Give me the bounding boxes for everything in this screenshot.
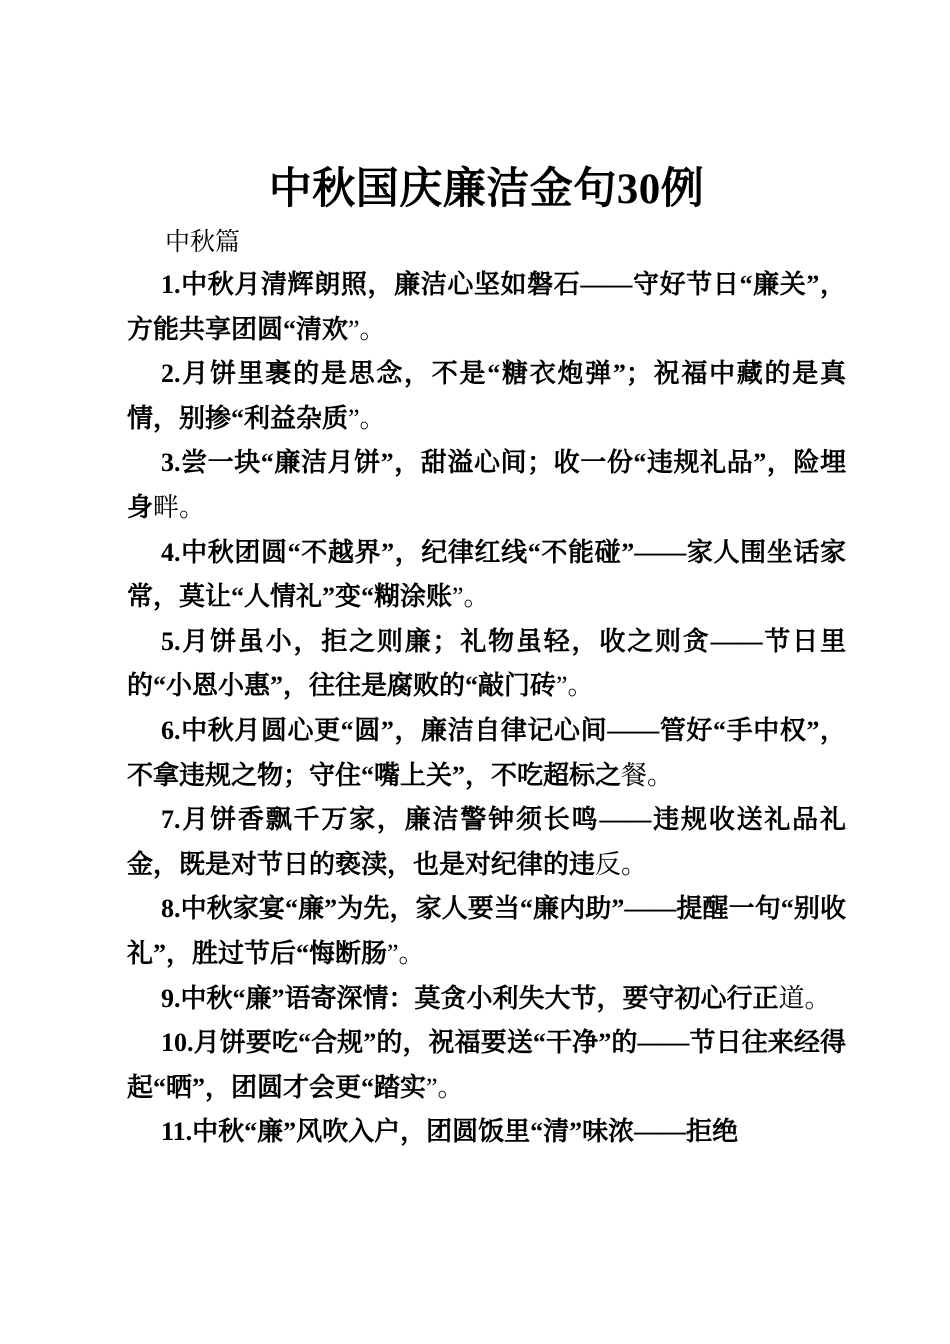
document-page: 中秋国庆廉洁金句30例 中秋篇 1.中秋月清辉朗照，廉洁心坚如磐石——守好节日“… — [0, 0, 950, 1344]
quote-tail-text: 反。 — [595, 850, 647, 879]
quote-text: 10.月饼要吃“合规”的，祝福要送“干净”的——节日往来经得起“晒”，团圆才会更… — [127, 1028, 846, 1102]
quote-item-4: 4.中秋团圆“不越界”，纪律红线“不能碰”——家人围坐话家常，莫让“人情礼”变“… — [127, 531, 846, 620]
page-title: 中秋国庆廉洁金句30例 — [127, 163, 846, 217]
quote-tail-text: ”。 — [348, 315, 386, 344]
quote-item-1: 1.中秋月清辉朗照，廉洁心坚如磐石——守好节日“廉关”，方能共享团圆“清欢”。 — [127, 263, 846, 352]
quote-item-6: 6.中秋月圆心更“圆”，廉洁自律记心间——管好“手中权”，不拿违规之物；守住“嘴… — [127, 709, 846, 798]
quote-item-7: 7.月饼香飘千万家，廉洁警钟须长鸣——违规收送礼品礼金，既是对节日的亵渎，也是对… — [127, 798, 846, 887]
quote-item-11: 11.中秋“廉”风吹入户，团圆饭里“清”味浓——拒绝 — [127, 1110, 846, 1155]
quote-text: 9.中秋“廉”语寄深情：莫贪小利失大节，要守初心行正 — [161, 984, 779, 1013]
quote-tail-text: 道。 — [779, 984, 831, 1013]
quote-text: 8.中秋家宴“廉”为先，家人要当“廉内助”——提醒一句“别收礼”，胜过节后“悔断… — [127, 894, 846, 968]
quote-tail-text: ”。 — [452, 582, 490, 611]
quote-text: 1.中秋月清辉朗照，廉洁心坚如磐石——守好节日“廉关”，方能共享团圆“清欢 — [127, 270, 846, 344]
quote-text: 11.中秋“廉”风吹入户，团圆饭里“清”味浓——拒绝 — [161, 1117, 738, 1146]
section-label: 中秋篇 — [127, 223, 846, 263]
quote-text: 7.月饼香飘千万家，廉洁警钟须长鸣——违规收送礼品礼金，既是对节日的亵渎，也是对… — [127, 805, 846, 879]
quote-tail-text: 餐。 — [621, 761, 673, 790]
quote-text: 3.尝一块“廉洁月饼”，甜溢心间；收一份“违规礼品”，险埋身 — [127, 448, 846, 522]
quote-item-10: 10.月饼要吃“合规”的，祝福要送“干净”的——节日往来经得起“晒”，团圆才会更… — [127, 1021, 846, 1110]
quote-tail-text: ”。 — [348, 404, 386, 433]
quote-item-8: 8.中秋家宴“廉”为先，家人要当“廉内助”——提醒一句“别收礼”，胜过节后“悔断… — [127, 887, 846, 976]
quote-text: 2.月饼里裹的是思念，不是“糖衣炮弹”；祝福中藏的是真情，别掺“利益杂质 — [127, 359, 846, 433]
quote-text: 6.中秋月圆心更“圆”，廉洁自律记心间——管好“手中权”，不拿违规之物；守住“嘴… — [127, 716, 846, 790]
quote-item-3: 3.尝一块“廉洁月饼”，甜溢心间；收一份“违规礼品”，险埋身畔。 — [127, 441, 846, 530]
quote-tail-text: ”。 — [426, 1073, 464, 1102]
quote-item-2: 2.月饼里裹的是思念，不是“糖衣炮弹”；祝福中藏的是真情，别掺“利益杂质”。 — [127, 352, 846, 441]
quote-tail-text: 畔。 — [153, 493, 205, 522]
quote-item-5: 5.月饼虽小，拒之则廉；礼物虽轻，收之则贪——节日里的“小恩小惠”，往往是腐败的… — [127, 620, 846, 709]
quote-text: 5.月饼虽小，拒之则廉；礼物虽轻，收之则贪——节日里的“小恩小惠”，往往是腐败的… — [127, 627, 846, 701]
quote-item-9: 9.中秋“廉”语寄深情：莫贪小利失大节，要守初心行正道。 — [127, 977, 846, 1022]
quote-tail-text: ”。 — [387, 939, 425, 968]
quote-tail-text: ”。 — [556, 671, 594, 700]
